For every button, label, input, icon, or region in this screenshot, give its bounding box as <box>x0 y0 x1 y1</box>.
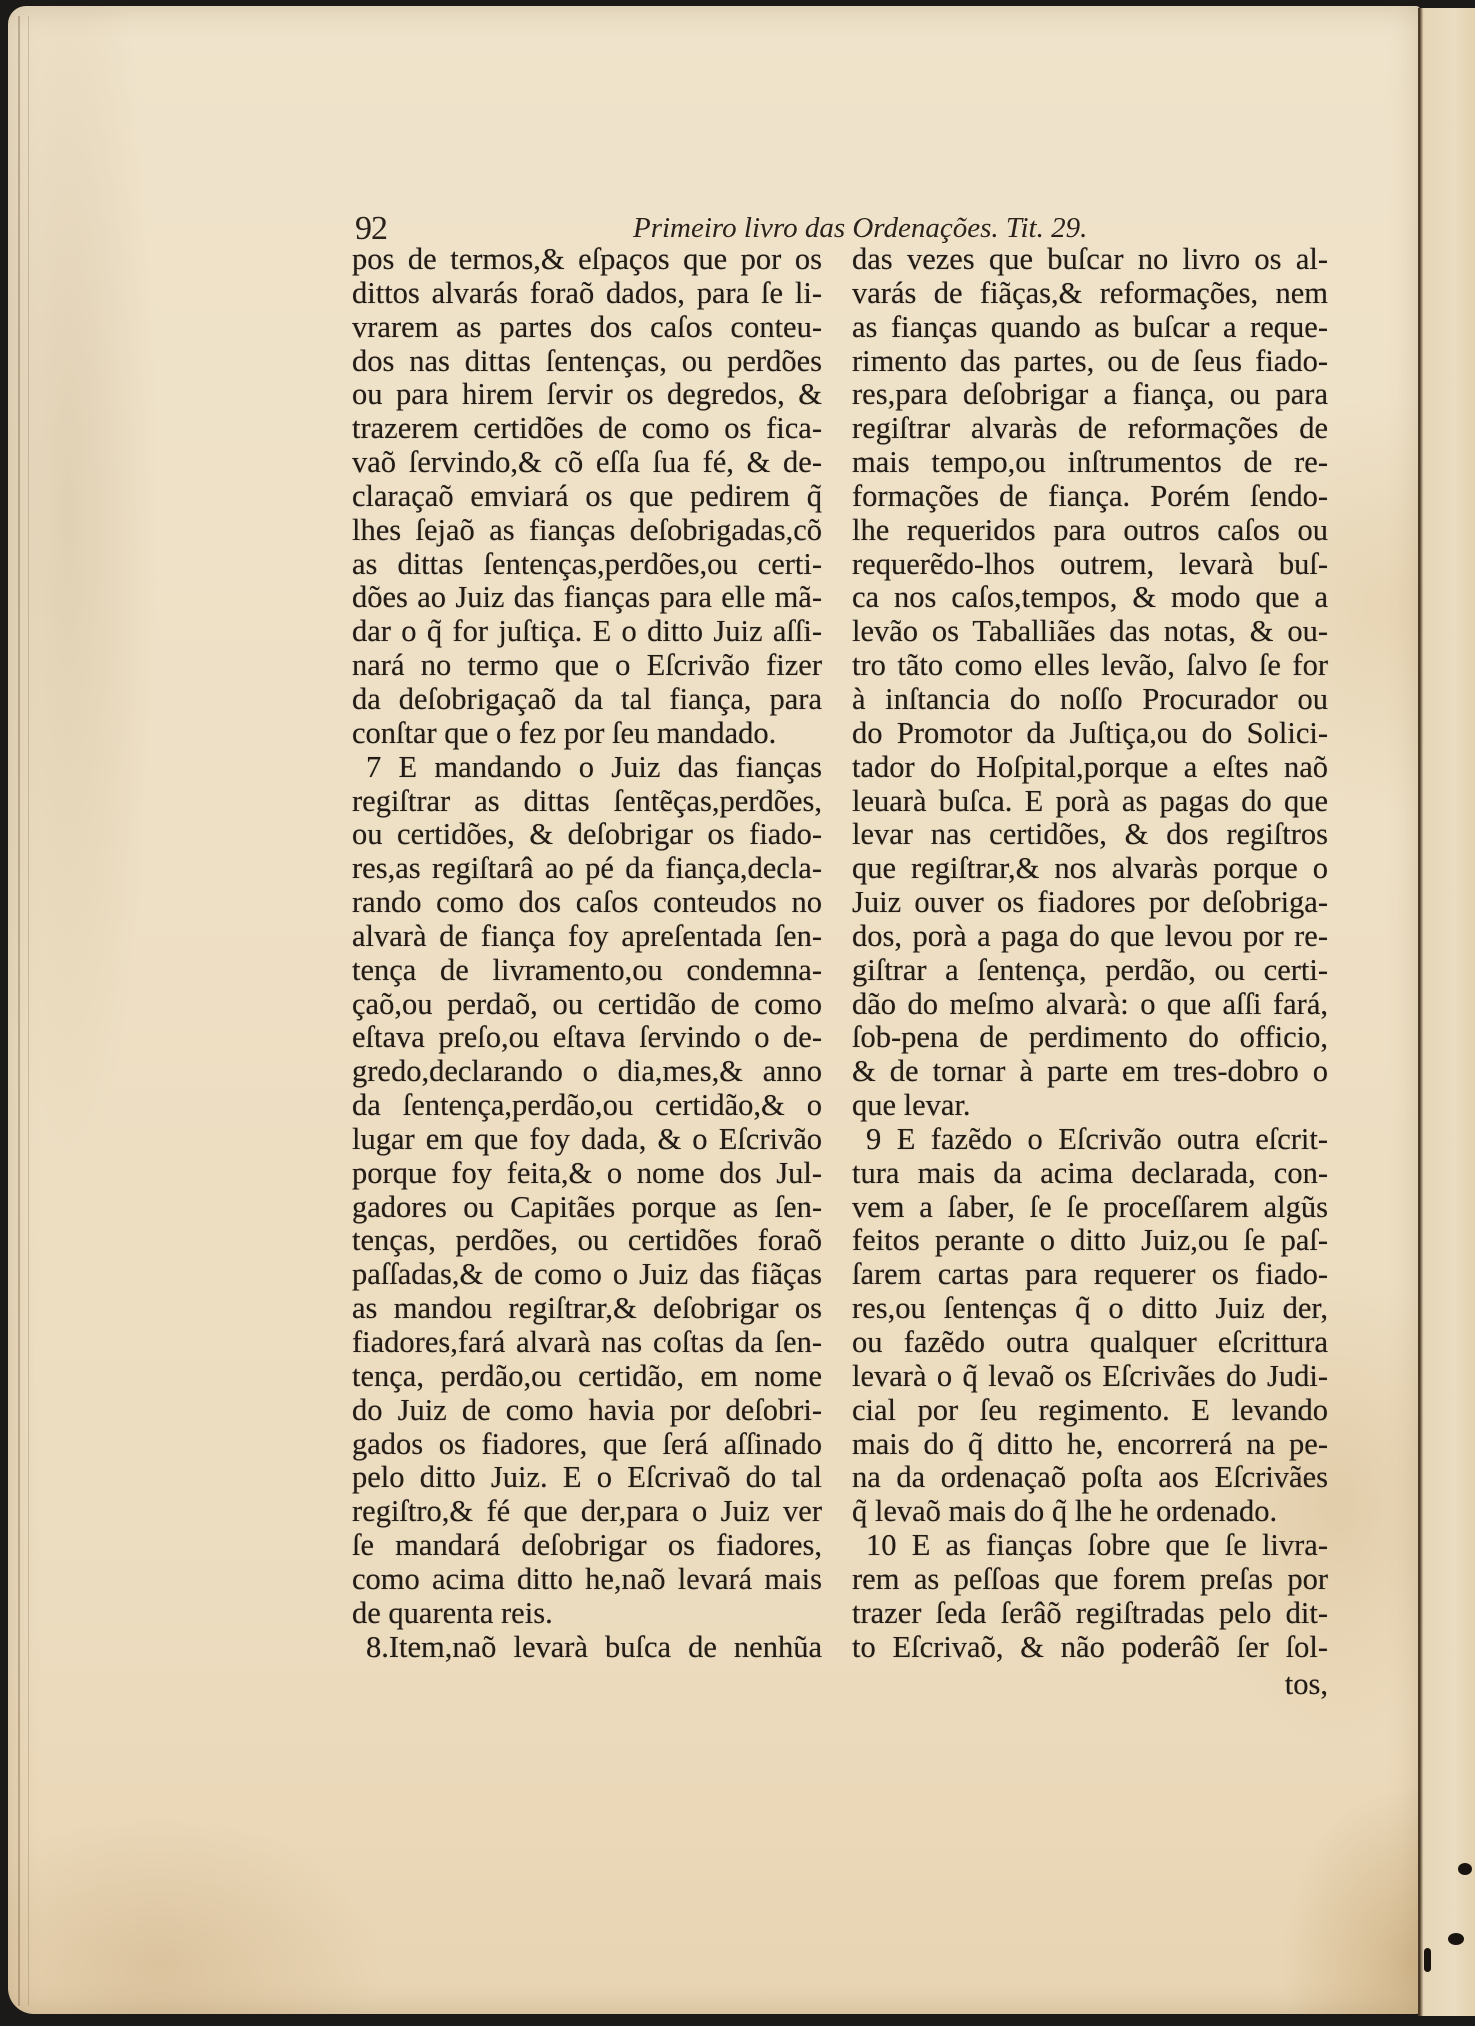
text-line: tenças, perdões, ou certidões foraõ <box>352 1224 822 1258</box>
text-line: ou certidões, & deſobrigar os fiado- <box>352 818 822 852</box>
paragraph-start-8: 8.Item,naõ levarà buſca de nenhũa <box>352 1631 822 1665</box>
text-line: tença de livramento,ou condemna- <box>352 954 822 988</box>
text-line: conſtar que o fez por ſeu mandado. <box>352 717 822 751</box>
text-line: paſſadas,& de como o Juiz das fiãças <box>352 1258 822 1292</box>
text-line: da deſobrigaçaõ da tal fiança, para <box>352 683 822 717</box>
text-line: giſtrar a ſentença, perdão, ou certi- <box>852 954 1328 988</box>
text-line: na da ordenaçaõ poſta aos Eſcrivães <box>852 1461 1328 1495</box>
text-line: vaõ ſervindo,& cõ eſſa ſua fé, & de- <box>352 446 822 480</box>
text-line: que regiſtrar,& nos alvaràs porque o <box>852 852 1328 886</box>
text-line: gados os fiadores, que ſerá aſſinado <box>352 1428 822 1462</box>
text-line: çaõ,ou perdaõ, ou certidão de como <box>352 988 822 1022</box>
text-line: fiadores,fará alvarà nas coſtas da ſen- <box>352 1326 822 1360</box>
catchword: tos, <box>852 1668 1328 1702</box>
text-line: Juiz ouver os fiadores por deſobriga- <box>852 886 1328 920</box>
text-line: cial por ſeu regimento. E levando <box>852 1394 1328 1428</box>
text-line: como acima ditto he,naõ levará mais <box>352 1563 822 1597</box>
text-line: dos, porà a paga do que levou por re- <box>852 920 1328 954</box>
text-line: dar o q̃ for juſtiça. E o ditto Juiz aſſ… <box>352 615 822 649</box>
text-column-left: pos de termos,& eſpaços que por os ditto… <box>352 243 822 1664</box>
text-line: tro tãto como elles levão, ſalvo ſe for <box>852 649 1328 683</box>
text-line: do Juiz de como havia por deſobri- <box>352 1394 822 1428</box>
text-line: lhe requeridos para outros caſos ou <box>852 514 1328 548</box>
text-column-right: das vezes que buſcar no livro os al- var… <box>852 243 1328 1702</box>
running-title: Primeiro livro das Ordenações. Tit. 29. <box>633 212 1087 245</box>
text-line: da ſentença,perdão,ou certidão,& o <box>352 1089 822 1123</box>
text-line: dittos alvarás foraõ dados, para ſe li- <box>352 277 822 311</box>
text-line: tença, perdão,ou certidão, em nome <box>352 1360 822 1394</box>
text-line: nará no termo que o Eſcrivão fizer <box>352 649 822 683</box>
page-edge-left <box>18 16 29 2006</box>
text-line: mais tempo,ou inſtrumentos de re- <box>852 446 1328 480</box>
paragraph-start-10: 10 E as fianças ſobre que ſe livra- <box>852 1529 1328 1563</box>
text-line: dão do meſmo alvarà: o que aſſi fará, <box>852 988 1328 1022</box>
text-line: de quarenta reis. <box>352 1597 822 1631</box>
facing-page-edge <box>1418 8 1475 2016</box>
text-line: ſob-pena de perdimento do officio, <box>852 1021 1328 1055</box>
text-line: as fianças quando as buſcar a reque- <box>852 311 1328 345</box>
text-line: regiſtrar as dittas ſentẽças,perdões, <box>352 785 822 819</box>
text-line: claraçaõ emviará os que pedirem q̃ <box>352 480 822 514</box>
text-line: requerẽdo-lhos outrem, levarà buſ- <box>852 548 1328 582</box>
text-line: que levar. <box>852 1089 1328 1123</box>
wormhole <box>1448 1933 1464 1945</box>
text-line: ca nos caſos,tempos, & modo que a <box>852 581 1328 615</box>
wormhole <box>1424 1948 1431 1972</box>
text-line: levarà o q̃ levaõ os Eſcrivães do Judi- <box>852 1360 1328 1394</box>
text-line: rimento das partes, ou de ſeus fiado- <box>852 345 1328 379</box>
text-line: trazerem certidões de como os fica- <box>352 412 822 446</box>
text-line: regiſtrar alvaràs de reformações de <box>852 412 1328 446</box>
text-line: vrarem as partes dos caſos conteu- <box>352 311 822 345</box>
text-line: gadores ou Capitães porque as ſen- <box>352 1191 822 1225</box>
wormhole <box>1458 1863 1472 1875</box>
text-line: regiſtro,& fé que der,para o Juiz ver <box>352 1495 822 1529</box>
scanned-book-spread: 92 Primeiro livro das Ordenações. Tit. 2… <box>0 0 1475 2026</box>
paragraph-start-9: 9 E fazẽdo o Eſcrivão outra eſcrit- <box>852 1123 1328 1157</box>
text-line: ou para hirem ſervir os degredos, & <box>352 378 822 412</box>
text-line: dos nas dittas ſentenças, ou perdões <box>352 345 822 379</box>
text-line: levão os Taballiães das notas, & ou- <box>852 615 1328 649</box>
text-line: pelo ditto Juiz. E o Eſcrivaõ do tal <box>352 1461 822 1495</box>
text-line: alvarà de fiança foy apreſentada ſen- <box>352 920 822 954</box>
text-line: to Eſcrivaõ, & não poderâõ ſer ſol- <box>852 1631 1328 1665</box>
text-line: lhes ſejaõ as fianças deſobrigadas,cõ <box>352 514 822 548</box>
text-line: dões ao Juiz das fianças para elle mã- <box>352 581 822 615</box>
paragraph-start-7: 7 E mandando o Juiz das fianças <box>352 751 822 785</box>
text-line: res,as regiſtarâ ao pé da fiança,decla- <box>352 852 822 886</box>
text-line: levar nas certidões, & dos regiſtros <box>852 818 1328 852</box>
text-line: gredo,declarando o dia,mes,& anno <box>352 1055 822 1089</box>
text-line: à inſtancia do noſſo Procurador ou <box>852 683 1328 717</box>
text-line: ſarem cartas para requerer os fiado- <box>852 1258 1328 1292</box>
text-line: das vezes que buſcar no livro os al- <box>852 243 1328 277</box>
text-line: varás de fiãças,& reformações, nem <box>852 277 1328 311</box>
text-line: rando como dos caſos conteudos no <box>352 886 822 920</box>
text-line: ſe mandará deſobrigar os fiadores, <box>352 1529 822 1563</box>
text-line: pos de termos,& eſpaços que por os <box>352 243 822 277</box>
text-line: rem as peſſoas que forem preſas por <box>852 1563 1328 1597</box>
text-line: formações de fiança. Porém ſendo- <box>852 480 1328 514</box>
text-line: trazer ſeda ſerâõ regiſtradas pelo dit- <box>852 1597 1328 1631</box>
text-line: do Promotor da Juſtiça,ou do Solici- <box>852 717 1328 751</box>
text-line: res,ou ſentenças q̃ o ditto Juiz der, <box>852 1292 1328 1326</box>
text-line: res,para deſobrigar a fiança, ou para <box>852 378 1328 412</box>
text-line: as mandou regiſtrar,& deſobrigar os <box>352 1292 822 1326</box>
text-line: mais do q̃ ditto he, encorrerá na pe- <box>852 1428 1328 1462</box>
text-line: eſtava preſo,ou eſtava ſervindo o de- <box>352 1021 822 1055</box>
text-line: lugar em que foy dada, & o Eſcrivão <box>352 1123 822 1157</box>
text-line: & de tornar à parte em tres-dobro o <box>852 1055 1328 1089</box>
text-line: feitos perante o ditto Juiz,ou ſe paſ- <box>852 1224 1328 1258</box>
text-line: leuarà buſca. E porà as pagas do que <box>852 785 1328 819</box>
text-line: as dittas ſentenças,perdões,ou certi- <box>352 548 822 582</box>
text-line: tador do Hoſpital,porque a eſtes naõ <box>852 751 1328 785</box>
text-line: vem a ſaber, ſe ſe proceſſarem algũs <box>852 1191 1328 1225</box>
text-line: ou fazẽdo outra qualquer eſcrittura <box>852 1326 1328 1360</box>
text-line: q̃ levaõ mais do q̃ lhe he ordenado. <box>852 1495 1328 1529</box>
text-line: porque foy feita,& o nome dos Jul- <box>352 1157 822 1191</box>
text-line: tura mais da acima declarada, con- <box>852 1157 1328 1191</box>
